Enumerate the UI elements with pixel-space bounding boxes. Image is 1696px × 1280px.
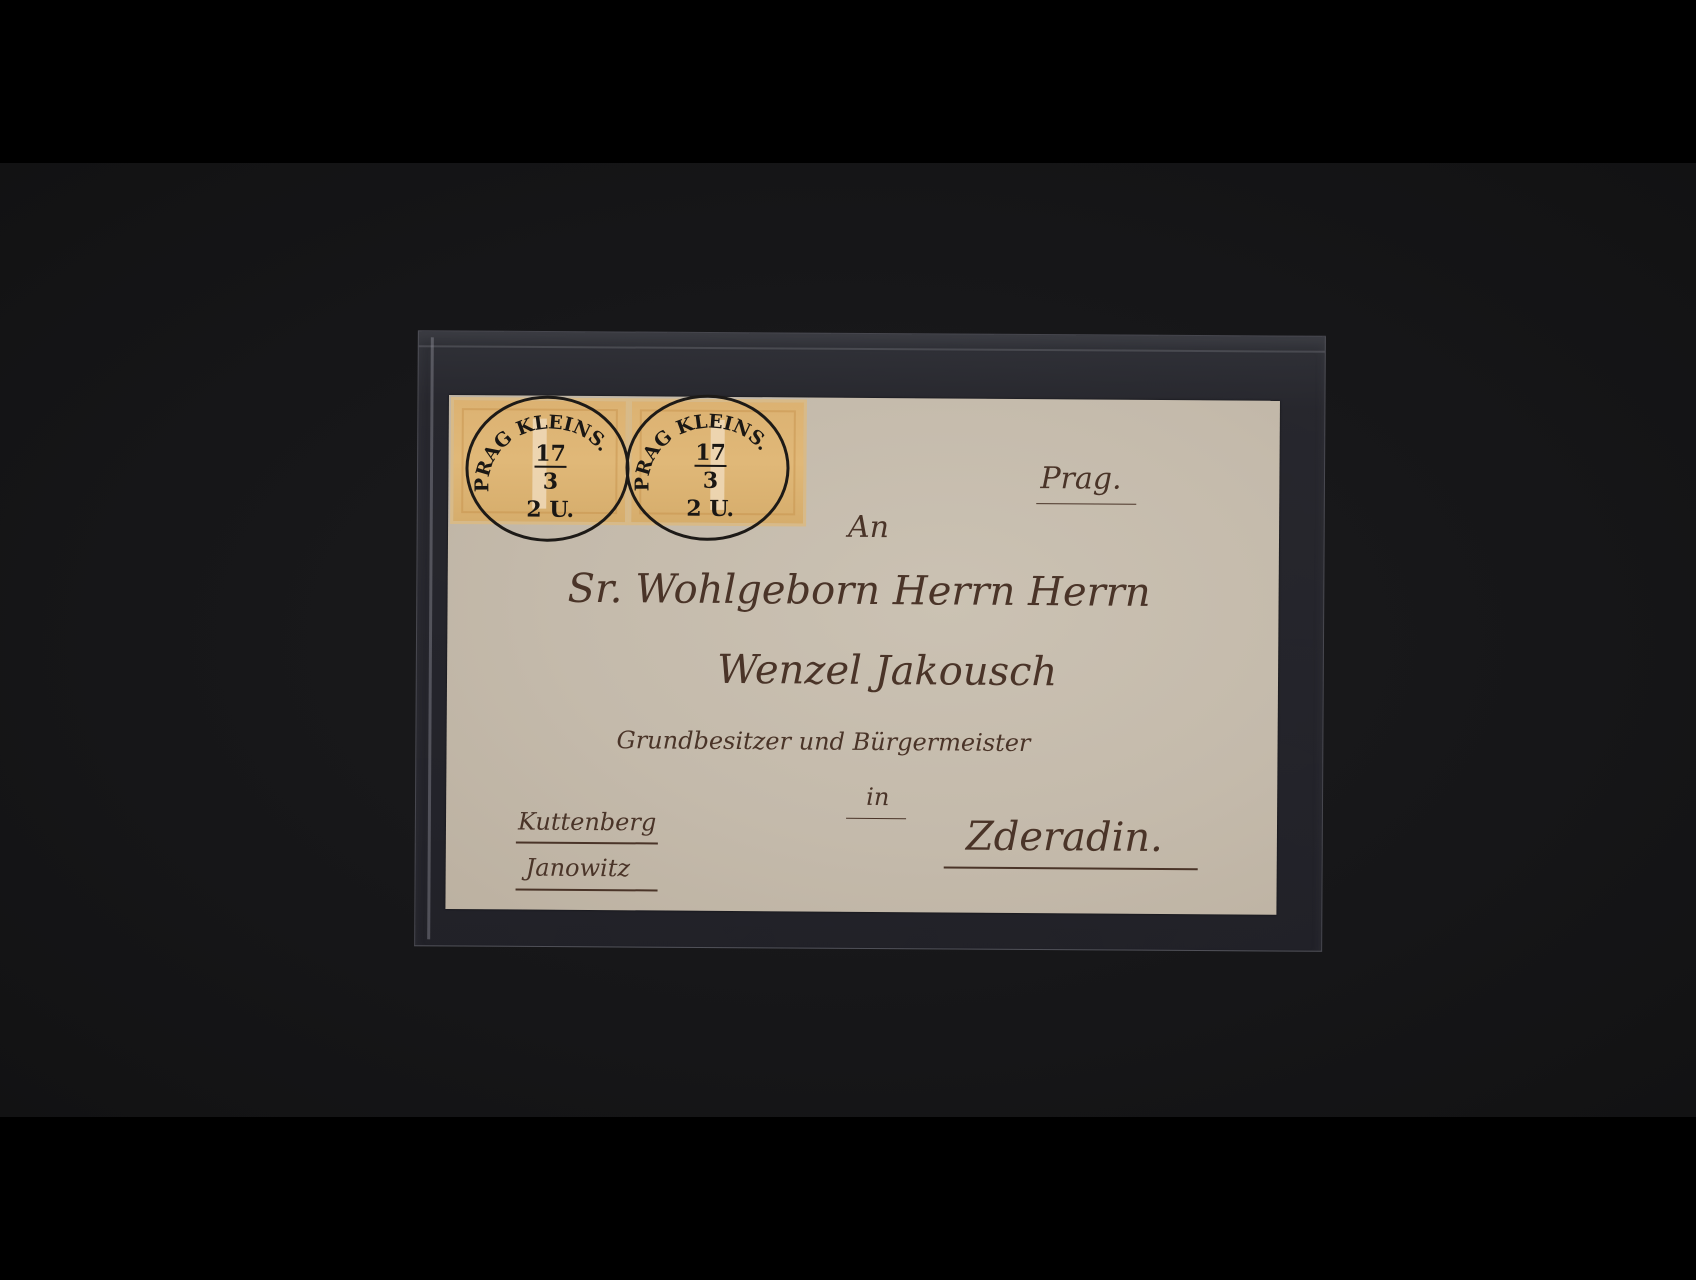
destination: Zderadin. [966,814,1163,861]
origin-note: Prag. [1040,461,1121,497]
postmark-time: 2 U. [686,496,734,522]
postmark-circle: PRAG KLEINS. 17 3 2 U. [465,395,630,542]
address-line-1: Sr. Wohlgeborn Herrn Herrn [567,566,1150,616]
postmark-month: 3 [543,469,558,495]
address-line-3: Grundbesitzer und Bürgermeister [616,726,1030,757]
salutation: An [848,510,889,545]
origin-underline [1036,503,1136,505]
sleeve-flap [419,345,1325,353]
routing-line-1: Kuttenberg [518,807,656,836]
recipient-name: Wenzel Jakousch [717,647,1058,695]
destination-underline [944,866,1198,870]
address-preposition: in [866,783,889,811]
routing-underline-2 [516,888,658,891]
preposition-underline [846,818,906,819]
postmark-day: 17 [535,441,566,467]
routing-underline-1 [516,841,658,844]
postmark-time: 2 U. [526,497,574,523]
postmark-month: 3 [703,468,718,494]
sleeve-edge [427,337,434,939]
postal-cover: PRAG KLEINS. 17 3 2 U. PRAG KLEINS. 17 3… [445,395,1280,915]
routing-line-2: Janowitz [526,854,631,883]
postmark-circle: PRAG KLEINS. 17 3 2 U. [625,394,790,541]
postmark-day: 17 [695,440,726,466]
